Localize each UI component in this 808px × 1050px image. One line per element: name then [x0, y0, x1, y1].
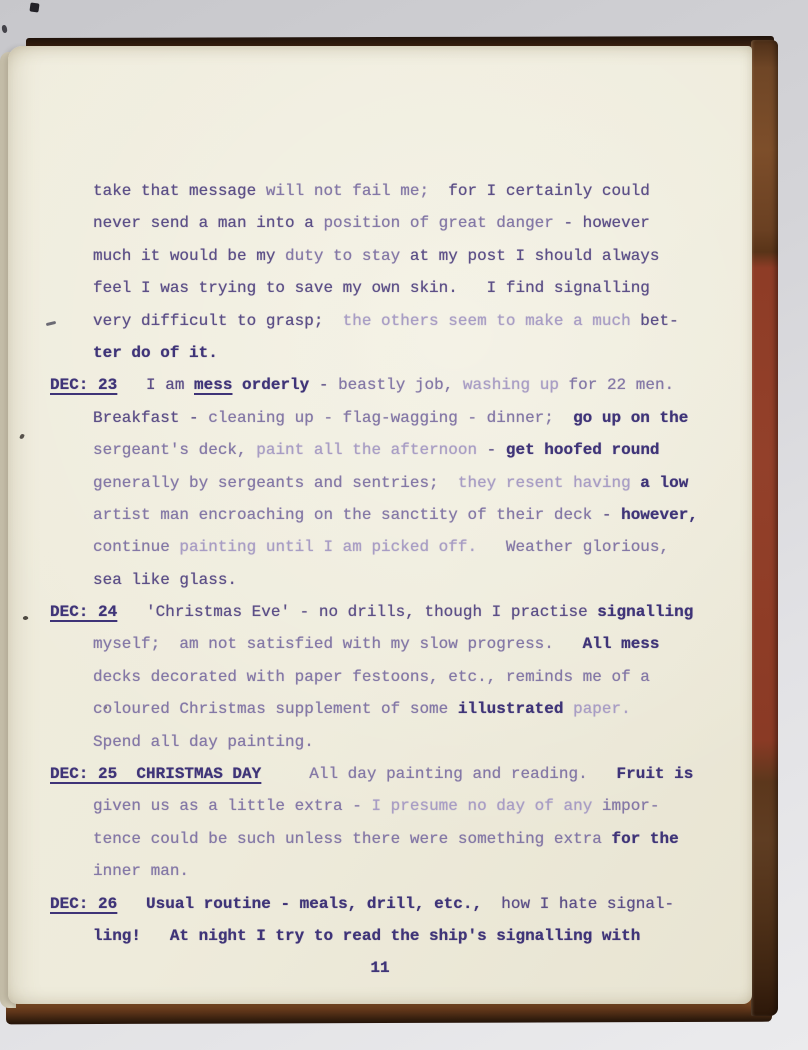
text-segment: the others seem to make a much: [323, 312, 640, 330]
text-segment: I am: [117, 376, 194, 394]
text-segment: illustrated: [458, 700, 564, 718]
text-segment: orderly: [242, 376, 309, 394]
text-segment: washing up: [463, 376, 569, 394]
text-segment: feel I was trying to save my own skin. I…: [93, 279, 650, 297]
backdrop-mark: [1, 25, 8, 34]
text-segment: painting until I am picked off.: [179, 538, 477, 556]
text-segment: Fruit is: [588, 765, 694, 783]
diary-page: take that message will not fail me; for …: [8, 46, 752, 1004]
text-segment: for I certainly could: [429, 182, 650, 200]
text-segment: position of great danger: [323, 214, 553, 232]
text-segment: a low: [640, 474, 688, 492]
text-line: Spend all day painting.: [8, 726, 752, 758]
text-segment: [232, 376, 242, 394]
typewritten-text: take that message will not fail me; for …: [8, 175, 752, 952]
text-line: ter do of it.: [8, 337, 752, 369]
diary-entry-line: DEC: 23 I am mess orderly - beastly job,…: [8, 369, 752, 401]
text-segment: very difficult to grasp;: [93, 312, 323, 330]
text-segment: Spend all day painting.: [93, 733, 314, 751]
text-segment: cleaning up - flag-wagging - dinner;: [208, 409, 554, 427]
text-segment: [261, 765, 309, 783]
text-segment: paper.: [563, 700, 630, 718]
text-segment: duty to stay: [285, 247, 400, 265]
text-segment: signalling: [597, 603, 693, 621]
text-segment: paint all the afternoon: [256, 441, 477, 459]
diary-entry-line: DEC: 25 CHRISTMAS DAY All day painting a…: [8, 758, 752, 790]
text-segment: go up on the: [573, 409, 688, 427]
text-segment: beastly job,: [338, 376, 463, 394]
text-segment: I presume no day of any: [371, 797, 592, 815]
text-segment: given us as a little extra -: [93, 797, 371, 815]
text-segment: inner man.: [93, 862, 189, 880]
text-line: ling! At night I try to read the ship's …: [8, 920, 752, 952]
text-segment: All mess: [554, 635, 660, 653]
underlined-text: DEC: 26: [50, 895, 117, 913]
underlined-text: DEC: 24: [50, 603, 117, 621]
text-segment: -: [592, 506, 621, 524]
text-segment: much it would be my: [93, 247, 285, 265]
text-line: Breakfast - cleaning up - flag-wagging -…: [8, 402, 752, 434]
text-line: decks decorated with paper festoons, etc…: [8, 661, 752, 693]
text-line: feel I was trying to save my own skin. I…: [8, 272, 752, 304]
text-segment: Weather glorious,: [477, 538, 669, 556]
text-segment: All day painting and reading.: [309, 765, 587, 783]
text-segment: however,: [621, 506, 698, 524]
page-number: 11: [8, 952, 752, 984]
text-segment: [554, 409, 573, 427]
text-line: given us as a little extra - I presume n…: [8, 790, 752, 822]
backdrop-mark: [29, 2, 39, 12]
text-segment: -: [309, 376, 338, 394]
text-segment: [117, 895, 146, 913]
text-line: generally by sergeants and sentries; the…: [8, 467, 752, 499]
text-line: sea like glass.: [8, 564, 752, 596]
text-line: tence could be such unless there were so…: [8, 823, 752, 855]
text-segment: artist man encroaching on the sanctity o…: [93, 506, 592, 524]
diary-entry-line: DEC: 26 Usual routine - meals, drill, et…: [8, 888, 752, 920]
book-cover-spine: [751, 40, 778, 1016]
photo-backdrop: take that message will not fail me; for …: [0, 0, 808, 1050]
text-line: very difficult to grasp; the others seem…: [8, 305, 752, 337]
text-segment: they resent having: [439, 474, 641, 492]
text-segment: generally by sergeants and sentries;: [93, 474, 439, 492]
underlined-text: DEC: 23: [50, 376, 117, 394]
text-segment: ter do of it.: [93, 344, 218, 362]
text-segment: tence could be such unless there were so…: [93, 830, 611, 848]
text-segment: impor-: [592, 797, 659, 815]
text-segment: - however: [554, 214, 650, 232]
text-segment: ling! At night I try to read the ship's …: [93, 927, 640, 945]
text-line: much it would be my duty to stay at my p…: [8, 240, 752, 272]
text-segment: get hoofed round: [506, 441, 660, 459]
text-segment: for 22 men.: [569, 376, 675, 394]
text-segment: Usual routine - meals, drill, etc.,: [146, 895, 482, 913]
text-line: continue painting until I am picked off.…: [8, 531, 752, 563]
text-segment: take that message: [93, 182, 266, 200]
text-segment: bet-: [640, 312, 678, 330]
text-line: coloured Christmas supplement of some il…: [8, 693, 752, 725]
text-segment: continue: [93, 538, 179, 556]
text-line: take that message will not fail me; for …: [8, 175, 752, 207]
text-segment: sergeant's deck,: [93, 441, 256, 459]
text-segment: at my post I should always: [400, 247, 659, 265]
text-line: inner man.: [8, 855, 752, 887]
text-segment: never send a man into a: [93, 214, 323, 232]
text-segment: sea like glass.: [93, 571, 237, 589]
text-segment: coloured Christmas supplement of some: [93, 700, 458, 718]
text-segment: will not fail me;: [266, 182, 429, 200]
text-segment: myself; am not satisfied with my slow pr…: [93, 635, 554, 653]
text-line: myself; am not satisfied with my slow pr…: [8, 628, 752, 660]
text-line: sergeant's deck, paint all the afternoon…: [8, 434, 752, 466]
underlined-text: DEC: 25 CHRISTMAS DAY: [50, 765, 261, 783]
diary-entry-line: DEC: 24 'Christmas Eve' - no drills, tho…: [8, 596, 752, 628]
text-segment: decks decorated with paper festoons, etc…: [93, 668, 650, 686]
text-segment: 'Christmas Eve' - no drills, though I pr…: [117, 603, 597, 621]
text-segment: for the: [611, 830, 678, 848]
text-line: artist man encroaching on the sanctity o…: [8, 499, 752, 531]
text-segment: Breakfast -: [93, 409, 208, 427]
text-line: never send a man into a position of grea…: [8, 207, 752, 239]
text-segment: -: [477, 441, 506, 459]
underlined-text: mess: [194, 376, 232, 394]
text-segment: how I hate signal-: [482, 895, 674, 913]
